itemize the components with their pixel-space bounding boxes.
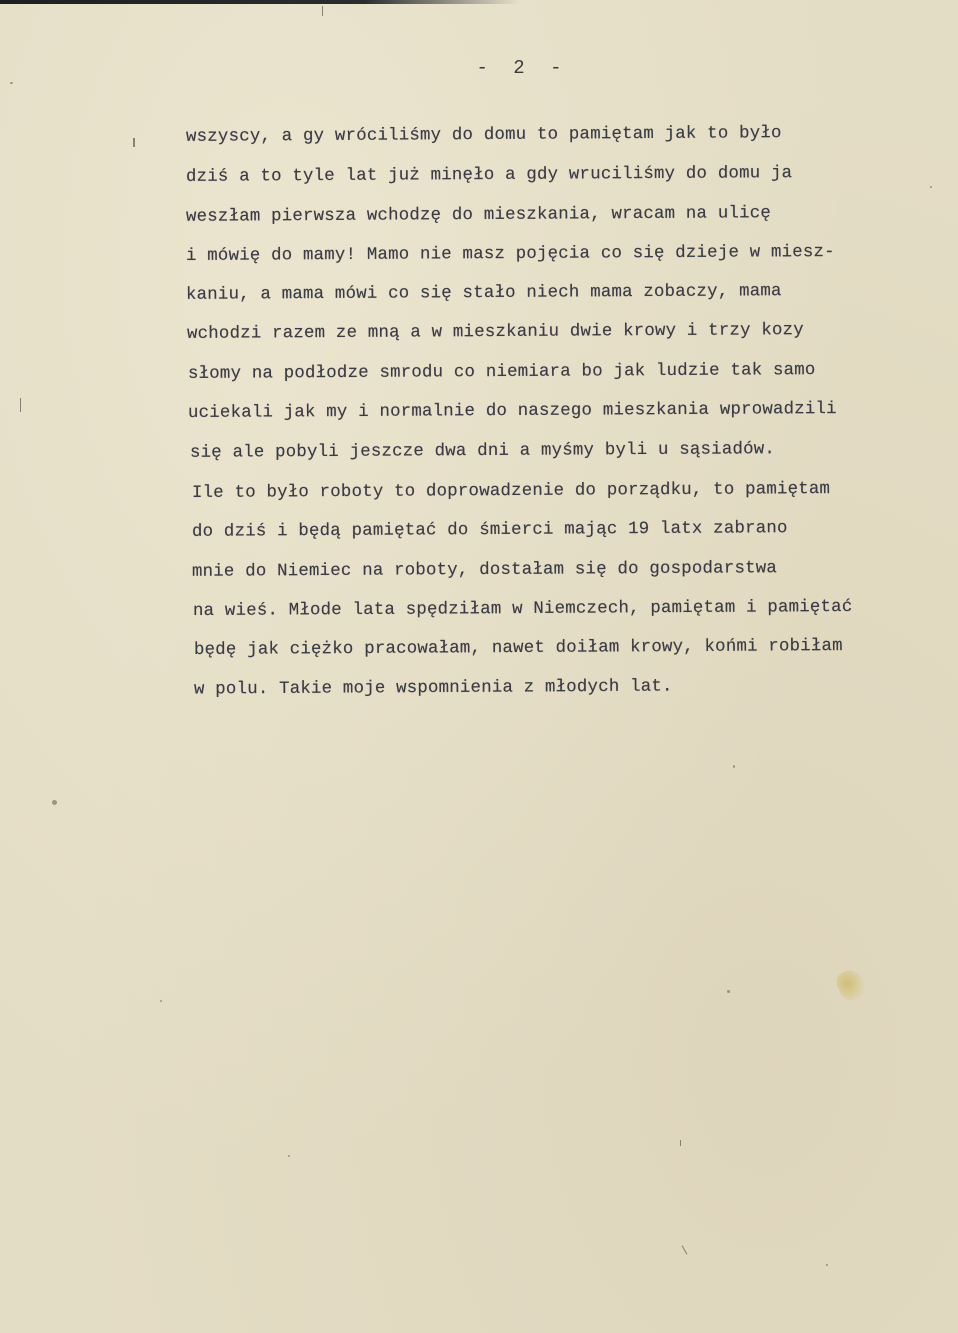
margin-mark [20, 398, 21, 412]
document-page: - 2 - wszyscy, a gy wróciliśmy do domu t… [0, 0, 958, 1333]
text-line: weszłam pierwsza wchodzę do mieszkania, … [186, 204, 771, 227]
text-line: w polu. Takie moje wspomnienia z młodych… [194, 678, 673, 700]
text-line: się ale pobyli jeszcze dwa dni a myśmy b… [190, 440, 775, 463]
margin-mark [322, 6, 323, 16]
text-line: uciekali jak my i normalnie do naszego m… [188, 400, 837, 423]
paper-fiber [680, 1140, 681, 1146]
text-line: słomy na podłodze smrodu co niemiara bo … [188, 361, 816, 384]
text-line: Ile to było roboty to doprowadzenie do p… [192, 480, 830, 503]
paper-speck [52, 800, 57, 805]
text-line: do dziś i będą pamiętać do śmierci mając… [192, 519, 788, 542]
text-line: wszyscy, a gy wróciliśmy do domu to pami… [186, 124, 782, 147]
paper-speck [160, 1000, 162, 1002]
paper-speck [727, 990, 730, 993]
margin-mark [133, 138, 135, 147]
paper-speck [288, 1155, 290, 1157]
paper-fiber [682, 1245, 688, 1254]
text-line: i mówię do mamy! Mamo nie masz pojęcia c… [186, 243, 835, 266]
text-line: dziś a to tyle lat już minęło a gdy wruc… [186, 164, 792, 187]
text-line: na wieś. Młode lata spędziłam w Niemczec… [193, 598, 853, 621]
paper-speck [10, 82, 13, 84]
text-line: będę jak ciężko pracowałam, nawet doiłam… [194, 637, 843, 660]
text-line: mnie do Niemiec na roboty, dostałam się … [192, 559, 777, 582]
paper-speck [826, 1264, 828, 1266]
paper-stain [833, 966, 869, 1004]
paper-speck [733, 765, 735, 768]
text-line: wchodzi razem ze mną a w mieszkaniu dwie… [187, 321, 804, 344]
page-number: - 2 - [470, 57, 570, 79]
text-line: kaniu, a mama mówi co się stało niech ma… [186, 282, 782, 305]
scan-top-edge [0, 0, 520, 4]
paper-speck [930, 186, 932, 188]
